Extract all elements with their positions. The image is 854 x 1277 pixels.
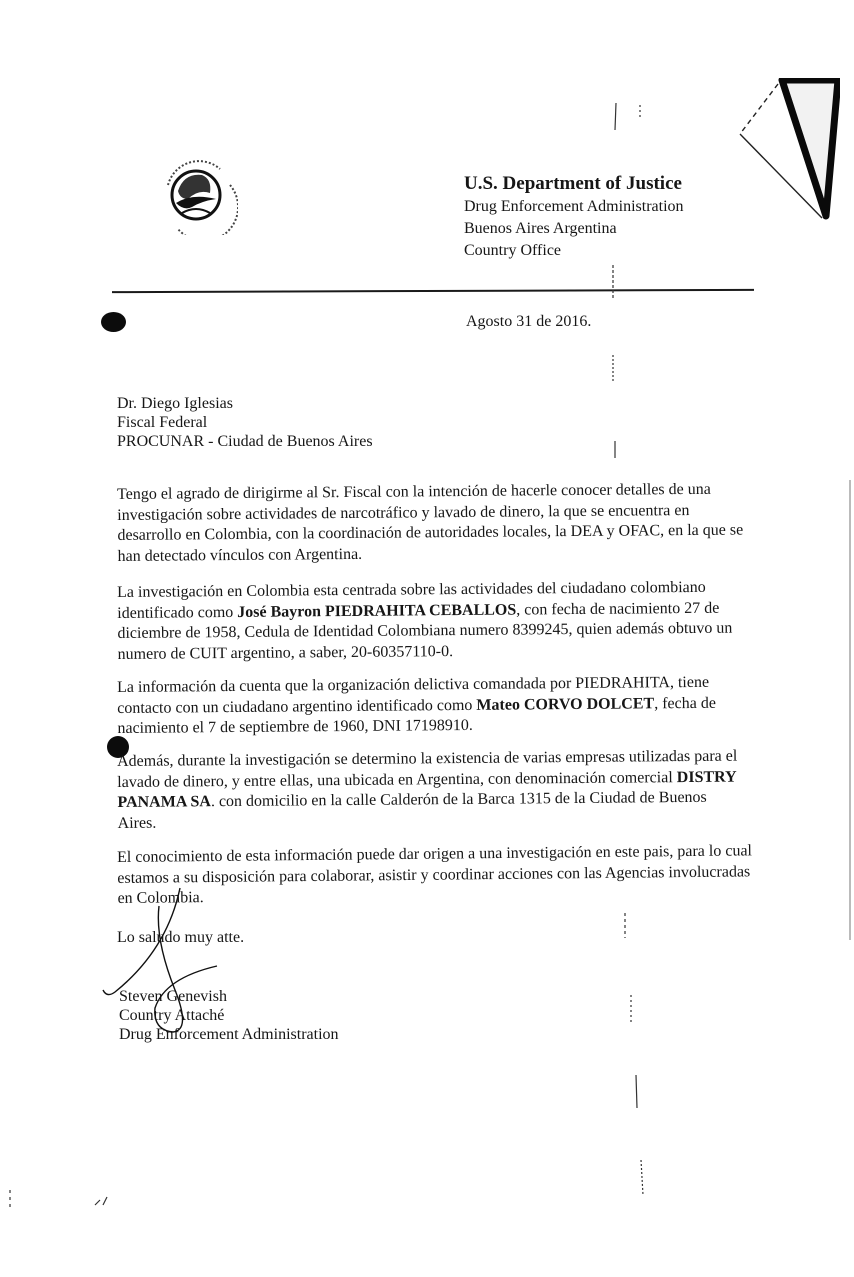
text-fragment: . con domicilio en la calle Calderón de …	[211, 789, 707, 810]
letterhead: U.S. Department of Justice Drug Enforcem…	[464, 172, 684, 262]
office-type: Country Office	[464, 240, 684, 262]
text-fragment: contacto con un ciudadano argentino iden…	[117, 696, 476, 716]
addressee-organization: PROCUNAR - Ciudad de Buenos Aires	[117, 432, 373, 451]
handwritten-signature	[95, 880, 235, 1040]
addressee-block: Dr. Diego Iglesias Fiscal Federal PROCUN…	[117, 394, 373, 451]
contact-name: Mateo CORVO DOLCET	[476, 695, 654, 714]
header-divider	[112, 289, 754, 293]
text-fragment: , fecha de	[654, 694, 716, 712]
addressee-title: Fiscal Federal	[117, 413, 373, 432]
paragraph-companies: Además, durante la investigación se dete…	[117, 746, 798, 834]
letter-date: Agosto 31 de 2016.	[466, 313, 591, 331]
text-fragment: lavado de dinero, y entre ellas, una ubi…	[117, 769, 677, 791]
folded-corner-mark	[730, 78, 840, 223]
paragraph-contact: La información da cuenta que la organiza…	[117, 672, 798, 739]
paragraph-subject: La investigación en Colombia esta centra…	[117, 577, 798, 665]
subject-name: José Bayron PIEDRAHITA CEBALLOS	[237, 601, 516, 620]
department-name: U.S. Department of Justice	[464, 172, 684, 196]
text-fragment: identificado como	[117, 603, 237, 621]
company-name: DISTRY	[677, 768, 737, 786]
paragraph-intro: Tengo el agrado de dirigirme al Sr. Fisc…	[117, 479, 798, 567]
text-fragment: , con fecha de nacimiento 27 de	[516, 599, 719, 618]
company-name: PANAMA SA	[117, 793, 211, 811]
hole-punch-mark	[101, 312, 126, 332]
office-location: Buenos Aires Argentina	[464, 218, 684, 240]
addressee-name: Dr. Diego Iglesias	[117, 394, 373, 413]
dea-seal-logo	[158, 155, 238, 235]
agency-name: Drug Enforcement Administration	[464, 196, 684, 218]
